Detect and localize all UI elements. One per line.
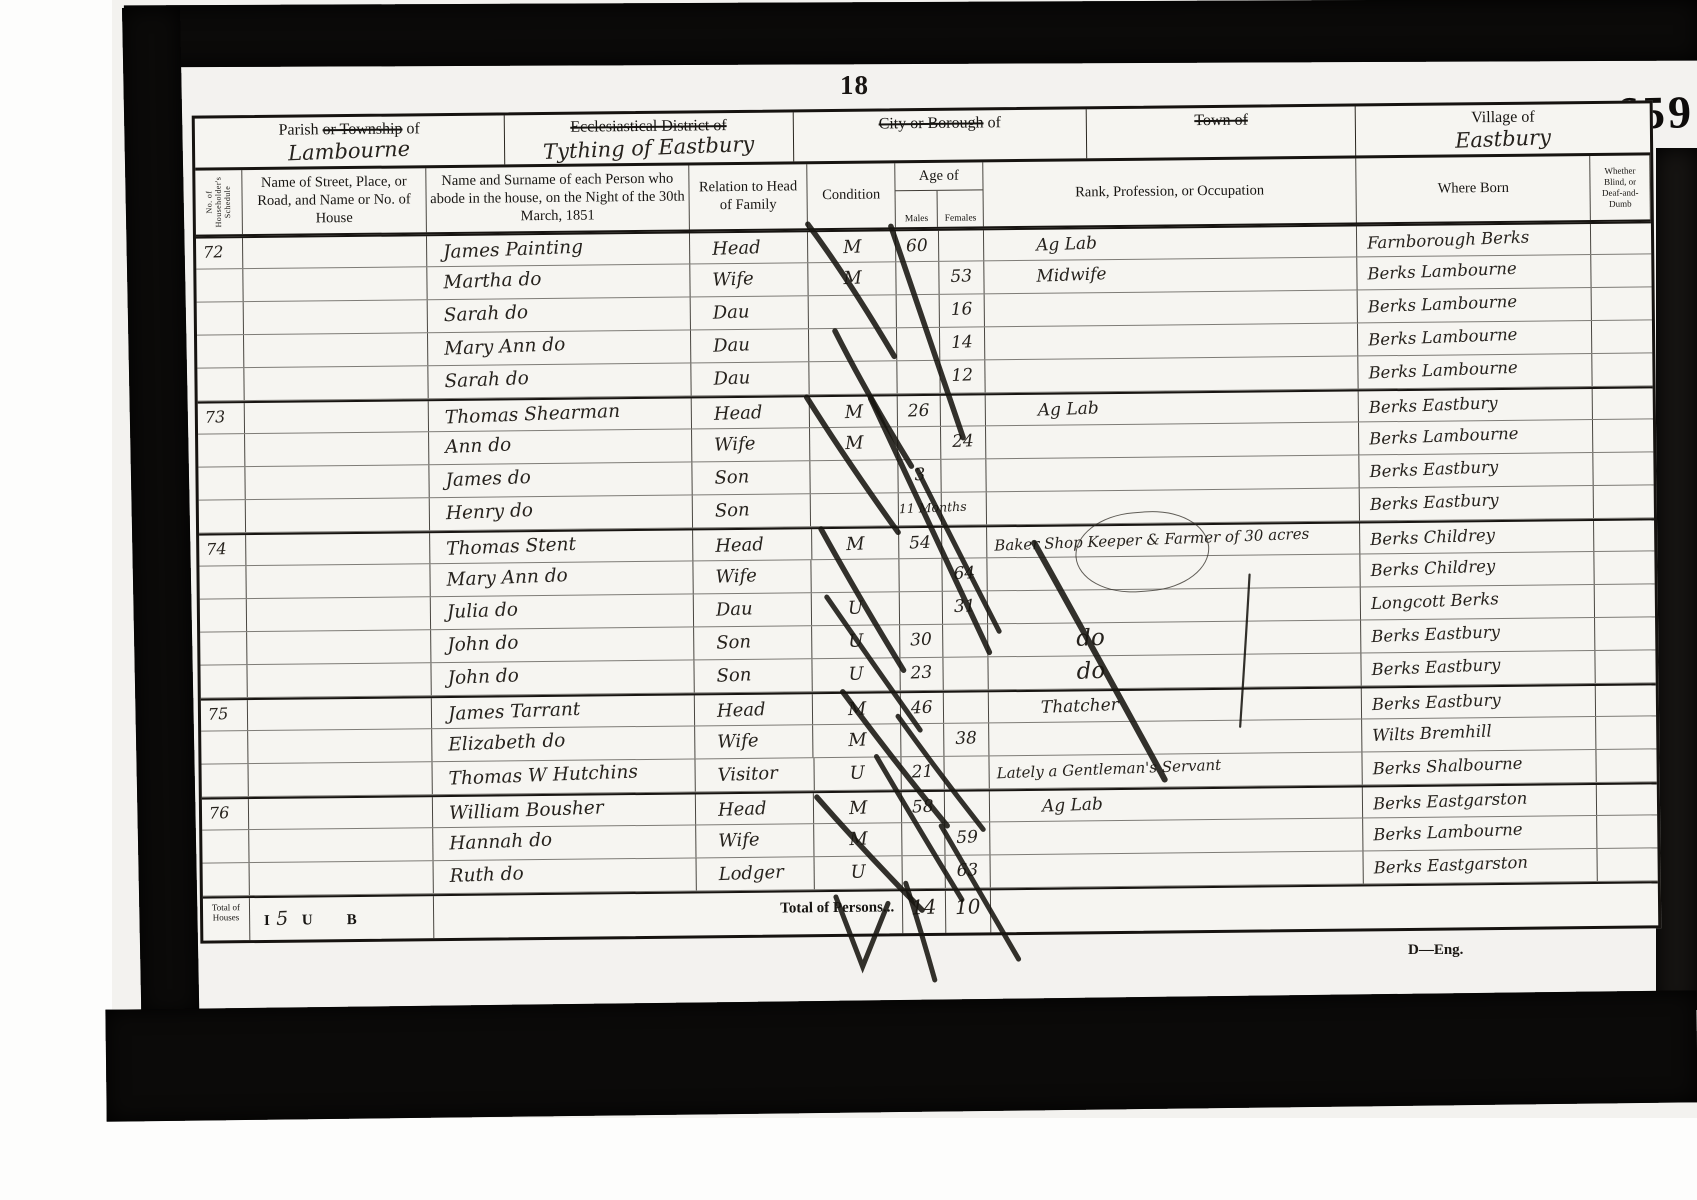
occupation: Midwife (984, 257, 1358, 293)
relation: Wife (692, 428, 811, 461)
district-label-pre: Village of (1471, 109, 1535, 127)
column-header-age-group: Age of Males Females (895, 162, 984, 227)
schedule-cell (197, 302, 244, 334)
infirmity (1593, 353, 1653, 386)
person-name: Julia do (431, 594, 694, 629)
age-males: 23 (900, 658, 943, 690)
page-number: 18 (840, 70, 869, 101)
age-females (943, 657, 988, 689)
street-cell (243, 300, 427, 334)
where-born: Berks Lambourne (1363, 816, 1597, 850)
age-males: 11 Months (899, 493, 942, 525)
where-born: Berks Eastbury (1359, 389, 1593, 421)
person-name: Mary Ann do (430, 561, 693, 596)
where-born: Berks Lambourne (1358, 255, 1592, 289)
street-cell (249, 861, 433, 895)
street-cell (246, 533, 431, 565)
table-body: 72James PaintingHeadM60Ag LabFarnborough… (196, 221, 1658, 896)
age-males (900, 592, 943, 624)
schedule-cell (200, 665, 247, 697)
totals-blank (991, 883, 1659, 932)
age-females (944, 756, 989, 788)
inhabited-label: I (264, 913, 270, 929)
occupation: Baker Shop Keeper & Farmer of 30 acres (987, 523, 1361, 557)
street-cell (245, 465, 429, 499)
district-cell-parish: Parish or Township ofLambourne (195, 115, 505, 167)
district-value: Tything of Eastbury (543, 132, 755, 164)
person-name: James Painting (427, 233, 690, 266)
relation: Head (695, 694, 814, 725)
schedule-cell (202, 830, 249, 862)
age-females (944, 692, 989, 722)
district-label-struck: Town of (1194, 112, 1248, 130)
district-cell-ecclesiastical-district: Ecclesiastical District ofTything of Eas… (504, 112, 793, 164)
relation: Son (694, 659, 813, 692)
condition: M (808, 231, 896, 262)
where-born: Berks Eastbury (1360, 453, 1594, 487)
infirmity (1597, 815, 1657, 848)
person-name: Mary Ann do (428, 330, 691, 365)
where-born: Berks Childrey (1360, 521, 1594, 553)
occupation: Ag Lab (990, 787, 1364, 821)
where-born: Berks Lambourne (1359, 354, 1593, 388)
column-header-age-males: Males (895, 191, 938, 227)
age-females: 38 (944, 723, 989, 755)
building-label: B (347, 912, 357, 928)
schedule-cell (203, 863, 250, 895)
person-name: James do (429, 462, 692, 497)
age-males: 26 (898, 396, 941, 426)
occupation: do (988, 653, 1362, 689)
age-females: 64 (942, 558, 987, 590)
infirmity (1594, 452, 1654, 485)
age-females (945, 791, 990, 821)
street-cell (244, 333, 428, 367)
street-cell (243, 267, 427, 301)
age-females (941, 459, 986, 491)
scan-border-top (124, 0, 1697, 67)
age-females: 63 (945, 855, 990, 887)
where-born: Berks Lambourne (1358, 288, 1592, 322)
where-born: Berks Eastbury (1360, 486, 1594, 520)
district-label-post: of (402, 120, 420, 137)
condition (809, 328, 897, 361)
age-males: 3 (898, 460, 941, 492)
age-males: 54 (899, 528, 942, 558)
condition (812, 559, 900, 592)
street-cell (247, 630, 431, 664)
street-cell (245, 401, 429, 433)
infirmity (1596, 716, 1656, 749)
infirmity (1597, 749, 1657, 782)
person-name: Thomas Stent (430, 530, 693, 563)
age-males (901, 724, 944, 756)
infirmity (1598, 848, 1658, 881)
total-males: 14 (903, 891, 946, 933)
infirmity (1591, 254, 1651, 287)
relation: Head (693, 529, 812, 560)
district-value: Eastbury (1455, 125, 1552, 153)
street-cell (248, 762, 433, 796)
relation: Wife (690, 263, 809, 296)
inhabited-value: 5 (275, 908, 288, 930)
where-born: Berks Lambourne (1358, 321, 1592, 355)
street-cell (247, 597, 431, 631)
age-males: 46 (901, 693, 944, 723)
occupation (986, 422, 1360, 458)
infirmity (1596, 685, 1656, 716)
age-females: 31 (943, 591, 988, 623)
schedule-cell (196, 269, 243, 301)
column-header-where-born: Where Born (1356, 156, 1591, 222)
condition (811, 493, 899, 526)
occupation: Ag Lab (985, 391, 1359, 425)
where-born: Berks Lambourne (1359, 420, 1593, 454)
condition: M (814, 724, 902, 757)
age-females: 24 (941, 426, 986, 458)
age-females: 12 (940, 360, 985, 392)
occupation: Ag Lab (984, 226, 1358, 260)
person-name: Martha do (427, 264, 690, 299)
infirmity (1592, 287, 1652, 320)
infirmity (1591, 223, 1651, 254)
person-name: Henry do (430, 495, 693, 530)
occupation (984, 290, 1358, 326)
district-label-struck: City or Borough (879, 114, 984, 132)
column-header-occupation: Rank, Profession, or Occupation (983, 158, 1357, 226)
occupation (989, 719, 1363, 755)
condition: M (809, 262, 897, 295)
where-born: Farnborough Berks (1357, 224, 1591, 256)
occupation: Thatcher (988, 688, 1362, 722)
street-cell (249, 828, 433, 862)
schedule-cell (197, 335, 244, 367)
infirmity (1595, 551, 1655, 584)
relation: Wife (693, 560, 812, 593)
age-males (903, 856, 946, 888)
schedule-cell (198, 434, 245, 466)
condition: U (812, 592, 900, 625)
age-females: 53 (939, 261, 984, 293)
district-label-struck: or Township (323, 120, 403, 138)
district-label-pre: Parish (279, 121, 323, 138)
houses-tally: I5UB (250, 896, 435, 940)
person-name: James Tarrant (432, 695, 695, 728)
age-males (897, 328, 940, 360)
condition: M (815, 823, 903, 856)
street-cell (245, 432, 429, 466)
schedule-cell: 76 (202, 799, 249, 829)
street-cell (249, 797, 433, 829)
age-males (902, 823, 945, 855)
where-born: Berks Eastbury (1361, 618, 1595, 652)
occupation (990, 851, 1364, 887)
district-cell-village: Village ofEastbury (1356, 103, 1650, 155)
infirmity (1596, 650, 1656, 683)
scan-border-right (1656, 148, 1697, 1010)
occupation (987, 554, 1361, 590)
infirmity (1593, 419, 1653, 452)
relation: Wife (695, 725, 814, 758)
relation: Head (690, 232, 809, 263)
age-males: 58 (902, 792, 945, 822)
age-females (939, 230, 984, 260)
condition: M (810, 396, 898, 427)
column-header-condition: Condition (808, 163, 896, 228)
age-females (943, 624, 988, 656)
age-males (897, 361, 940, 393)
occupation: do (988, 620, 1362, 656)
relation: Head (696, 793, 815, 824)
district-value: Lambourne (288, 137, 411, 166)
column-header-relation: Relation to Head of Family (689, 164, 808, 229)
age-females (941, 395, 986, 425)
schedule-cell (200, 632, 247, 664)
infirmity (1597, 784, 1657, 815)
relation: Lodger (696, 857, 815, 890)
column-header-age-of: Age of (895, 162, 982, 191)
infirmity (1593, 388, 1653, 419)
person-name: Sarah do (428, 297, 691, 332)
occupation (987, 587, 1361, 623)
condition: M (813, 693, 901, 724)
street-cell (244, 366, 428, 400)
street-cell (246, 564, 430, 598)
total-females: 10 (946, 890, 991, 932)
street-cell (243, 236, 427, 268)
where-born: Longcott Berks (1361, 585, 1595, 619)
person-name: John do (431, 660, 694, 695)
schedule-cell: 73 (198, 403, 245, 433)
infirmity (1595, 617, 1655, 650)
person-name: Ann do (429, 429, 692, 464)
column-header-infirmity: Whether Blind, or Deaf-and-Dumb (1590, 155, 1650, 220)
street-cell (248, 698, 432, 730)
where-born: Berks Eastgarston (1363, 785, 1597, 817)
age-males: 60 (896, 231, 939, 261)
condition (810, 361, 898, 394)
relation: Dau (691, 329, 810, 362)
relation: Son (694, 626, 813, 659)
where-born: Wilts Bremhill (1362, 717, 1596, 751)
person-name: Ruth do (434, 858, 697, 893)
person-name: Thomas Shearman (429, 398, 692, 431)
person-name: Sarah do (428, 363, 691, 398)
infirmity (1592, 320, 1652, 353)
uninhabited-label: U (302, 912, 313, 928)
street-cell (247, 663, 431, 697)
schedule-cell: 74 (199, 535, 246, 565)
infirmity (1594, 520, 1654, 551)
total-of-houses-label: Total of Houses (203, 898, 250, 940)
age-females: 59 (945, 822, 990, 854)
occupation (985, 323, 1359, 359)
district-cell-city-borough: City or Borough of (793, 109, 1087, 161)
age-males: 30 (900, 625, 943, 657)
condition: U (815, 856, 903, 889)
age-females: 16 (940, 294, 985, 326)
occupation: Lately a Gentleman's Servant (989, 752, 1363, 788)
schedule-cell (200, 599, 247, 631)
person-name: John do (431, 627, 694, 662)
where-born: Berks Eastbury (1362, 651, 1596, 685)
infirmity (1595, 584, 1655, 617)
age-males (898, 427, 941, 459)
column-header-schedule: No. of Householder's Schedule (195, 170, 242, 234)
condition (811, 460, 899, 493)
where-born: Berks Eastgarston (1364, 849, 1598, 883)
condition: U (813, 625, 901, 658)
relation: Dau (691, 362, 810, 395)
occupation (986, 455, 1360, 491)
person-name: Elizabeth do (432, 726, 695, 761)
street-cell (248, 729, 432, 763)
occupation (990, 818, 1364, 854)
where-born: Berks Childrey (1361, 552, 1595, 586)
age-males: 21 (902, 757, 945, 789)
age-males (897, 295, 940, 327)
age-males (896, 262, 939, 294)
relation: Dau (694, 593, 813, 626)
infirmity (1594, 485, 1654, 518)
age-females: 14 (940, 327, 985, 359)
where-born: Berks Eastbury (1362, 686, 1596, 718)
relation: Head (692, 397, 811, 428)
schedule-cell (199, 566, 246, 598)
relation: Dau (691, 296, 810, 329)
age-males (899, 559, 942, 591)
condition: U (814, 757, 902, 790)
column-header-name: Name and Surname of each Person who abod… (426, 165, 689, 232)
age-females (942, 527, 987, 557)
total-of-persons-label: Total of Persons... (434, 891, 903, 938)
relation: Wife (696, 824, 815, 857)
schedule-cell: 75 (201, 700, 248, 730)
street-cell (246, 498, 430, 532)
relation: Visitor (695, 758, 814, 791)
column-header-street: Name of Street, Place, or Road, and Name… (242, 168, 427, 234)
condition (809, 295, 897, 328)
column-header-age-females: Females (938, 190, 983, 226)
person-name: Hannah do (433, 825, 696, 860)
where-born: Berks Shalbourne (1363, 750, 1597, 784)
person-name: William Bousher (433, 794, 696, 827)
census-form: Parish or Township ofLambourneEcclesiast… (192, 100, 1662, 943)
scanned-census-page: 18 659 Parish or Township ofLambourneEcc… (0, 0, 1697, 1200)
schedule-cell: 72 (196, 238, 243, 268)
printer-mark: D—Eng. (1408, 942, 1463, 959)
relation: Son (692, 461, 811, 494)
relation: Son (693, 494, 812, 527)
person-name: Thomas W Hutchins (433, 759, 696, 794)
scan-border-bottom (105, 990, 1697, 1121)
condition: M (810, 427, 898, 460)
schedule-cell (201, 731, 248, 763)
condition: M (812, 528, 900, 559)
district-cell-town: Town of (1087, 106, 1356, 158)
condition: U (813, 658, 901, 691)
occupation (985, 356, 1359, 392)
condition: M (814, 792, 902, 823)
schedule-cell (199, 500, 246, 532)
district-label-post: of (983, 114, 1001, 131)
schedule-cell (202, 764, 249, 796)
schedule-cell (197, 368, 244, 400)
schedule-cell (198, 467, 245, 499)
